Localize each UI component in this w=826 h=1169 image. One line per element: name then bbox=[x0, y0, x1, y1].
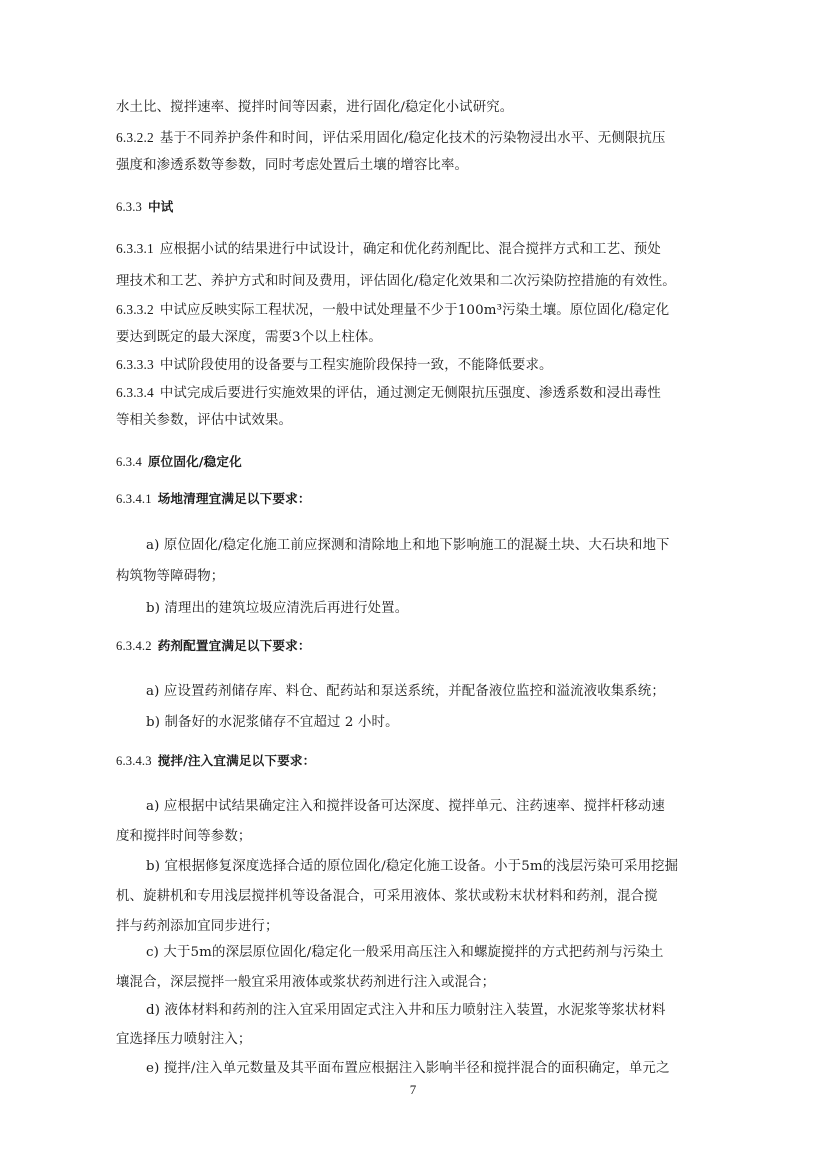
line-text: a) 原位固化/稳定化施工前应探测和清除地上和地下影响施工的混凝土块、大石块和地… bbox=[146, 538, 670, 553]
list-item-b: b) 制备好的水泥浆储存不宜超过 2 小时。 bbox=[146, 714, 742, 732]
line-text: 要达到既定的最大深度，需要3个以上柱体。 bbox=[116, 330, 382, 345]
paragraph-line: 理技术和工艺、养护方式和时间及费用，评估固化/稳定化效果和二次污染防控措施的有效… bbox=[116, 273, 712, 291]
line-text: b) 清理出的建筑垃圾应清洗后再进行处置。 bbox=[146, 601, 408, 616]
document-page: 水土比、搅拌速率、搅拌时间等因素，进行固化/稳定化小试研究。 6.3.2.2基于… bbox=[0, 0, 826, 1169]
line-text: e) 搅拌/注入单元数量及其平面布置应根据注入影响半径和搅拌混合的面积确定，单元… bbox=[146, 1061, 670, 1076]
subsection-heading-6-3-4-2: 6.3.4.2药剂配置宜满足以下要求： bbox=[116, 637, 712, 655]
list-item-e: e) 搅拌/注入单元数量及其平面布置应根据注入影响半径和搅拌混合的面积确定，单元… bbox=[146, 1060, 742, 1078]
paragraph-line: 构筑物等障碍物； bbox=[116, 568, 712, 586]
line-text: 中试完成后要进行实施效果的评估，通过测定无侧限抗压强度、渗透系数和浸出毒性 bbox=[160, 386, 661, 401]
section-title: 原位固化/稳定化 bbox=[148, 454, 242, 469]
clause-number: 6.3.3.3 bbox=[116, 357, 154, 372]
line-text: a) 应设置药剂储存库、料仓、配药站和泵送系统，并配备液位监控和溢流液收集系统； bbox=[146, 684, 665, 699]
paragraph-line: 壤混合，深层搅拌一般宜采用液体或浆状药剂进行注入或混合； bbox=[116, 974, 712, 992]
paragraph-line: 拌与药剂添加宜同步进行； bbox=[116, 918, 712, 936]
paragraph-line: 宜选择压力喷射注入； bbox=[116, 1031, 712, 1049]
list-item-b: b) 宜根据修复深度选择合适的原位固化/稳定化施工设备。小于5m的浅层污染可采用… bbox=[146, 858, 742, 876]
list-item-c: c) 大于5m的深层原位固化/稳定化一般采用高压注入和螺旋搅拌的方式把药剂与污染… bbox=[146, 944, 742, 962]
line-text: 应根据小试的结果进行中试设计，确定和优化药剂配比、混合搅拌方式和工艺、预处 bbox=[160, 242, 661, 257]
section-number: 6.3.3 bbox=[116, 200, 142, 214]
section-number: 6.3.4 bbox=[116, 455, 142, 469]
line-text: 水土比、搅拌速率、搅拌时间等因素，进行固化/稳定化小试研究。 bbox=[116, 100, 513, 115]
list-item-b: b) 清理出的建筑垃圾应清洗后再进行处置。 bbox=[146, 600, 742, 618]
section-title: 场地清理宜满足以下要求： bbox=[158, 491, 311, 506]
section-heading-6-3-4: 6.3.4原位固化/稳定化 bbox=[116, 453, 712, 471]
section-number: 6.3.4.2 bbox=[116, 639, 152, 653]
line-text: 基于不同养护条件和时间，评估采用固化/稳定化技术的污染物浸出水平、无侧限抗压 bbox=[160, 131, 666, 146]
line-text: 构筑物等障碍物； bbox=[116, 569, 224, 584]
paragraph-line: 度和搅拌时间等参数； bbox=[116, 828, 712, 846]
line-text: 中试阶段使用的设备要与工程实施阶段保持一致，不能降低要求。 bbox=[160, 358, 553, 373]
page-number: 7 bbox=[0, 1082, 826, 1098]
subsection-heading-6-3-4-3: 6.3.4.3搅拌/注入宜满足以下要求： bbox=[116, 752, 712, 770]
list-item-a: a) 原位固化/稳定化施工前应探测和清除地上和地下影响施工的混凝土块、大石块和地… bbox=[146, 537, 742, 555]
clause-6-3-3-2: 6.3.3.2中试应反映实际工程状况，一般中试处理量不少于100m³污染土壤。原… bbox=[116, 301, 712, 320]
line-text: 壤混合，深层搅拌一般宜采用液体或浆状药剂进行注入或混合； bbox=[116, 975, 495, 990]
line-text: 机、旋耕机和专用浅层搅拌机等设备混合，可采用液体、浆状或粉末状材料和药剂，混合搅 bbox=[116, 889, 658, 904]
section-title: 搅拌/注入宜满足以下要求： bbox=[158, 753, 316, 768]
clause-number: 6.3.3.2 bbox=[116, 302, 154, 317]
paragraph-line: 等相关参数，评估中试效果。 bbox=[116, 412, 712, 430]
line-text: b) 制备好的水泥浆储存不宜超过 2 小时。 bbox=[146, 715, 399, 730]
line-text: 等相关参数，评估中试效果。 bbox=[116, 413, 292, 428]
clause-6-3-2-2: 6.3.2.2基于不同养护条件和时间，评估采用固化/稳定化技术的污染物浸出水平、… bbox=[116, 129, 712, 148]
list-item-d: d) 液体材料和药剂的注入宜采用固定式注入井和压力喷射注入装置，水泥浆等浆状材料 bbox=[146, 1002, 742, 1020]
clause-number: 6.3.2.2 bbox=[116, 130, 154, 145]
list-item-a: a) 应根据中试结果确定注入和搅拌设备可达深度、搅拌单元、注药速率、搅拌杆移动速 bbox=[146, 798, 742, 816]
paragraph-line: 机、旋耕机和专用浅层搅拌机等设备混合，可采用液体、浆状或粉末状材料和药剂，混合搅 bbox=[116, 888, 712, 906]
line-text: d) 液体材料和药剂的注入宜采用固定式注入井和压力喷射注入装置，水泥浆等浆状材料 bbox=[146, 1003, 666, 1018]
line-text: 度和搅拌时间等参数； bbox=[116, 829, 251, 844]
line-text: 拌与药剂添加宜同步进行； bbox=[116, 919, 279, 934]
section-title: 中试 bbox=[148, 199, 174, 214]
line-text: a) 应根据中试结果确定注入和搅拌设备可达深度、搅拌单元、注药速率、搅拌杆移动速 bbox=[146, 799, 665, 814]
line-text: 理技术和工艺、养护方式和时间及费用，评估固化/稳定化效果和二次污染防控措施的有效… bbox=[116, 274, 676, 289]
subsection-heading-6-3-4-1: 6.3.4.1场地清理宜满足以下要求： bbox=[116, 490, 712, 508]
paragraph-line: 强度和渗透系数等参数，同时考虑处置后土壤的增容比率。 bbox=[116, 157, 712, 175]
section-number: 6.3.4.1 bbox=[116, 492, 152, 506]
clause-number: 6.3.3.4 bbox=[116, 385, 154, 400]
paragraph-line: 水土比、搅拌速率、搅拌时间等因素，进行固化/稳定化小试研究。 bbox=[116, 99, 712, 117]
line-text: 强度和渗透系数等参数，同时考虑处置后土壤的增容比率。 bbox=[116, 158, 468, 173]
line-text: c) 大于5m的深层原位固化/稳定化一般采用高压注入和螺旋搅拌的方式把药剂与污染… bbox=[146, 945, 664, 960]
section-heading-6-3-3: 6.3.3中试 bbox=[116, 198, 712, 216]
clause-number: 6.3.3.1 bbox=[116, 241, 154, 256]
paragraph-line: 要达到既定的最大深度，需要3个以上柱体。 bbox=[116, 329, 712, 347]
line-text: 宜选择压力喷射注入； bbox=[116, 1032, 251, 1047]
section-title: 药剂配置宜满足以下要求： bbox=[158, 638, 311, 653]
clause-6-3-3-3: 6.3.3.3中试阶段使用的设备要与工程实施阶段保持一致，不能降低要求。 bbox=[116, 356, 712, 375]
line-text: b) 宜根据修复深度选择合适的原位固化/稳定化施工设备。小于5m的浅层污染可采用… bbox=[146, 859, 678, 874]
list-item-a: a) 应设置药剂储存库、料仓、配药站和泵送系统，并配备液位监控和溢流液收集系统； bbox=[146, 683, 742, 701]
section-number: 6.3.4.3 bbox=[116, 754, 152, 768]
clause-6-3-3-4: 6.3.3.4中试完成后要进行实施效果的评估，通过测定无侧限抗压强度、渗透系数和… bbox=[116, 384, 712, 403]
clause-6-3-3-1: 6.3.3.1应根据小试的结果进行中试设计，确定和优化药剂配比、混合搅拌方式和工… bbox=[116, 240, 712, 259]
line-text: 中试应反映实际工程状况，一般中试处理量不少于100m³污染土壤。原位固化/稳定化 bbox=[160, 303, 669, 318]
